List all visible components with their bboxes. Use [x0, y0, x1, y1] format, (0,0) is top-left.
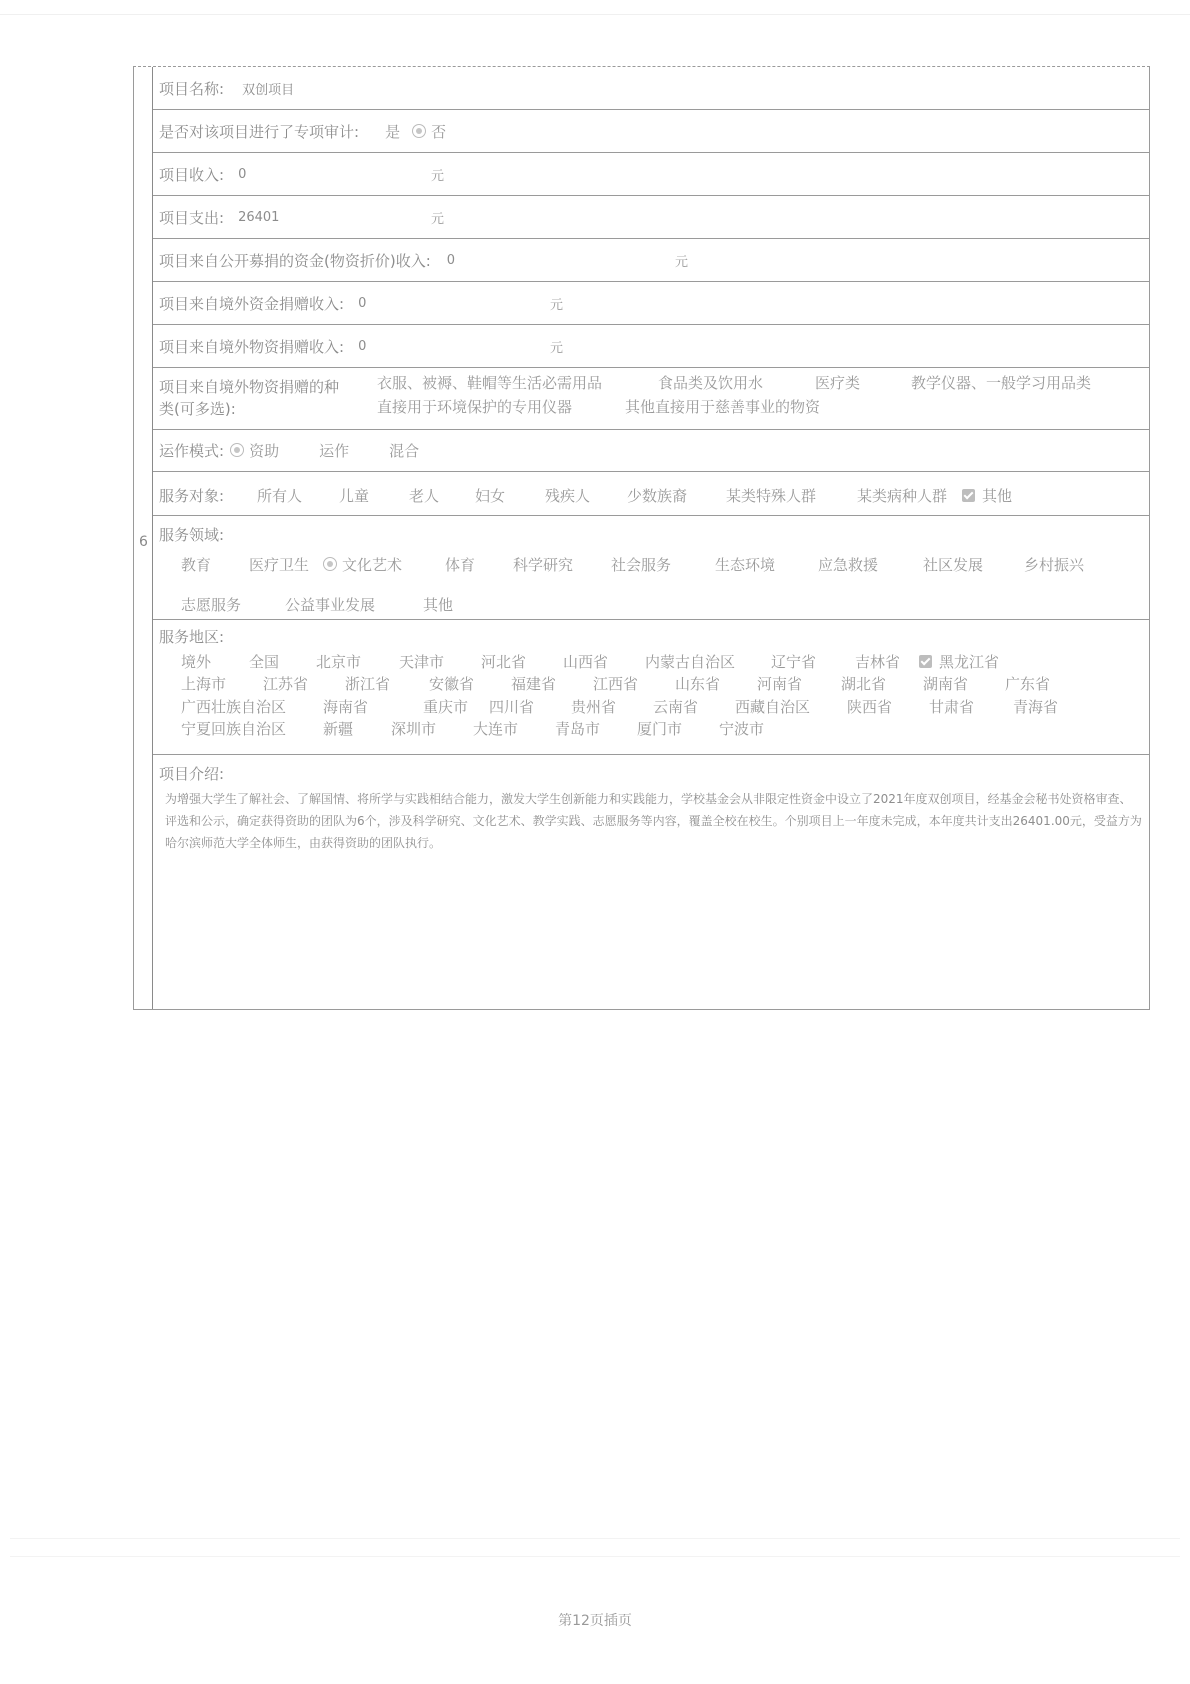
target-option[interactable]: 老人: [409, 485, 439, 506]
region-option[interactable]: 河南省: [757, 673, 802, 694]
foreign-fund-value: 0: [358, 296, 366, 311]
audit-option-yes[interactable]: 是: [385, 121, 400, 142]
row-foreign-fund: 项目来自境外资金捐赠收入: 0 元: [153, 282, 1149, 325]
region-option[interactable]: 宁夏回族自治区: [181, 718, 286, 739]
foreign-fund-unit: 元: [550, 294, 563, 313]
region-option[interactable]: 陕西省: [847, 696, 892, 717]
region-option[interactable]: 黑龙江省: [919, 651, 999, 672]
region-option[interactable]: 贵州省: [571, 696, 616, 717]
checkbox-checked-icon: [919, 655, 932, 668]
goods-type-option[interactable]: 食品类及饮用水: [658, 372, 763, 393]
project-name-value: 双创项目: [242, 79, 294, 98]
field-option[interactable]: 其他: [423, 594, 453, 615]
row-mode: 运作模式: 资助 运作 混合: [153, 430, 1149, 472]
region-option[interactable]: 山西省: [563, 651, 608, 672]
row-foreign-goods: 项目来自境外物资捐赠收入: 0 元: [153, 325, 1149, 368]
top-rule: [0, 14, 1190, 15]
row-project-name: 项目名称: 双创项目: [153, 67, 1149, 110]
region-option[interactable]: 河北省: [481, 651, 526, 672]
row-fields: 服务领域: 教育 医疗卫生 文化艺术 体育 科学研究 社会服务 生态环境 应急救…: [153, 516, 1149, 620]
region-option[interactable]: 浙江省: [345, 673, 390, 694]
region-option[interactable]: 海南省: [323, 696, 368, 717]
row-regions: 服务地区: 境外全国北京市天津市河北省山西省内蒙古自治区辽宁省吉林省黑龙江省上海…: [153, 620, 1149, 755]
field-option[interactable]: 生态环境: [715, 554, 775, 575]
target-option[interactable]: 所有人: [257, 485, 302, 506]
row-income: 项目收入: 0 元: [153, 153, 1149, 196]
page-footer: 第12页插页: [0, 1610, 1190, 1630]
region-option[interactable]: 北京市: [316, 651, 361, 672]
region-option[interactable]: 青岛市: [555, 718, 600, 739]
audit-option-no[interactable]: 否: [412, 121, 446, 142]
target-option[interactable]: 儿童: [339, 485, 369, 506]
field-option-selected[interactable]: 文化艺术: [323, 554, 402, 575]
region-option[interactable]: 上海市: [181, 673, 226, 694]
mode-option-operate[interactable]: 运作: [319, 440, 349, 461]
region-option[interactable]: 大连市: [473, 718, 518, 739]
foreign-goods-label: 项目来自境外物资捐赠收入:: [159, 336, 344, 357]
public-fund-value: 0: [447, 253, 455, 268]
row-targets: 服务对象: 所有人 儿童 老人 妇女 残疾人 少数族裔 某类特殊人群 某类病种人…: [153, 472, 1149, 516]
audit-label: 是否对该项目进行了专项审计:: [159, 121, 359, 142]
field-option[interactable]: 体育: [445, 554, 475, 575]
expense-value: 26401: [238, 210, 279, 225]
intro-label: 项目介绍:: [159, 755, 1149, 784]
region-option[interactable]: 宁波市: [719, 718, 764, 739]
field-option[interactable]: 乡村振兴: [1024, 554, 1084, 575]
expense-unit: 元: [431, 208, 444, 227]
region-option[interactable]: 重庆市: [423, 696, 468, 717]
project-form: 6 项目名称: 双创项目 是否对该项目进行了专项审计: 是 否 项目收入: 0 …: [133, 66, 1150, 1010]
row-intro: 项目介绍: 为增强大学生了解社会、了解国情、将所学与实践相结合能力，激发大学生创…: [153, 755, 1149, 1009]
region-option[interactable]: 辽宁省: [771, 651, 816, 672]
target-option[interactable]: 某类特殊人群: [726, 485, 816, 506]
foreign-goods-unit: 元: [550, 337, 563, 356]
field-option[interactable]: 社会服务: [611, 554, 671, 575]
row-index: 6: [139, 534, 148, 550]
region-option[interactable]: 四川省: [489, 696, 534, 717]
divider: [10, 1556, 1180, 1557]
field-option[interactable]: 科学研究: [513, 554, 573, 575]
region-option[interactable]: 湖南省: [923, 673, 968, 694]
target-option[interactable]: 残疾人: [545, 485, 590, 506]
region-option[interactable]: 西藏自治区: [735, 696, 810, 717]
public-fund-label: 项目来自公开募捐的资金(物资折价)收入:: [159, 250, 431, 271]
region-option[interactable]: 广东省: [1005, 673, 1050, 694]
mode-option-fund[interactable]: 资助: [230, 440, 279, 461]
region-option[interactable]: 湖北省: [841, 673, 886, 694]
region-label: 服务地区:: [159, 626, 224, 647]
form-rows: 项目名称: 双创项目 是否对该项目进行了专项审计: 是 否 项目收入: 0 元 …: [153, 67, 1149, 1009]
row-goods-type: 项目来自境外物资捐赠的种 类(可多选): 衣服、被褥、鞋帽等生活必需用品 食品类…: [153, 368, 1149, 430]
mode-label: 运作模式:: [159, 440, 224, 461]
index-column: 6: [134, 67, 153, 1009]
region-option[interactable]: 全国: [249, 651, 279, 672]
region-option[interactable]: 吉林省: [855, 651, 900, 672]
field-label: 服务领域:: [159, 524, 224, 545]
target-option[interactable]: 妇女: [475, 485, 505, 506]
region-option[interactable]: 青海省: [1013, 696, 1058, 717]
target-option[interactable]: 某类病种人群: [857, 485, 947, 506]
region-option[interactable]: 深圳市: [391, 718, 436, 739]
goods-type-option[interactable]: 教学仪器、一般学习用品类: [911, 372, 1091, 393]
target-option[interactable]: 少数族裔: [627, 485, 687, 506]
region-option[interactable]: 江苏省: [263, 673, 308, 694]
expense-label: 项目支出:: [159, 207, 224, 228]
income-label: 项目收入:: [159, 164, 224, 185]
row-public-fund: 项目来自公开募捐的资金(物资折价)收入: 0 元: [153, 239, 1149, 282]
region-option[interactable]: 安徽省: [429, 673, 474, 694]
foreign-goods-value: 0: [358, 339, 366, 354]
field-option[interactable]: 应急救援: [818, 554, 878, 575]
field-option[interactable]: 志愿服务: [181, 594, 241, 615]
radio-selected-icon: [230, 443, 244, 457]
checkbox-checked-icon: [962, 489, 975, 502]
mode-option-mixed[interactable]: 混合: [389, 440, 419, 461]
region-option[interactable]: 天津市: [399, 651, 444, 672]
row-audit: 是否对该项目进行了专项审计: 是 否: [153, 110, 1149, 153]
field-option[interactable]: 教育: [181, 554, 211, 575]
intro-text: 为增强大学生了解社会、了解国情、将所学与实践相结合能力，激发大学生创新能力和实践…: [159, 784, 1149, 854]
radio-selected-icon: [323, 557, 337, 571]
target-option-other[interactable]: 其他: [962, 485, 1012, 506]
radio-selected-icon: [412, 124, 426, 138]
field-option[interactable]: 医疗卫生: [249, 554, 309, 575]
foreign-fund-label: 项目来自境外资金捐赠收入:: [159, 293, 344, 314]
row-expense: 项目支出: 26401 元: [153, 196, 1149, 239]
goods-type-option[interactable]: 其他直接用于慈善事业的物资: [625, 396, 820, 417]
goods-type-option[interactable]: 直接用于环境保护的专用仪器: [377, 396, 572, 417]
region-option[interactable]: 江西省: [593, 673, 638, 694]
goods-type-option[interactable]: 医疗类: [815, 372, 860, 393]
income-value: 0: [238, 167, 246, 182]
field-option[interactable]: 公益事业发展: [285, 594, 375, 615]
region-option[interactable]: 内蒙古自治区: [645, 651, 735, 672]
divider: [10, 1538, 1180, 1539]
region-option[interactable]: 福建省: [511, 673, 556, 694]
region-option[interactable]: 山东省: [675, 673, 720, 694]
field-option[interactable]: 社区发展: [923, 554, 983, 575]
region-option[interactable]: 云南省: [653, 696, 698, 717]
region-option[interactable]: 厦门市: [637, 718, 682, 739]
project-name-label: 项目名称:: [159, 78, 224, 99]
region-option[interactable]: 甘肃省: [929, 696, 974, 717]
region-option[interactable]: 广西壮族自治区: [181, 696, 286, 717]
goods-type-label: 项目来自境外物资捐赠的种 类(可多选):: [159, 376, 339, 420]
region-option[interactable]: 境外: [181, 651, 211, 672]
public-fund-unit: 元: [675, 251, 688, 270]
target-label: 服务对象:: [159, 485, 224, 506]
region-option[interactable]: 新疆: [323, 718, 353, 739]
goods-type-option[interactable]: 衣服、被褥、鞋帽等生活必需用品: [377, 372, 602, 393]
income-unit: 元: [431, 165, 444, 184]
